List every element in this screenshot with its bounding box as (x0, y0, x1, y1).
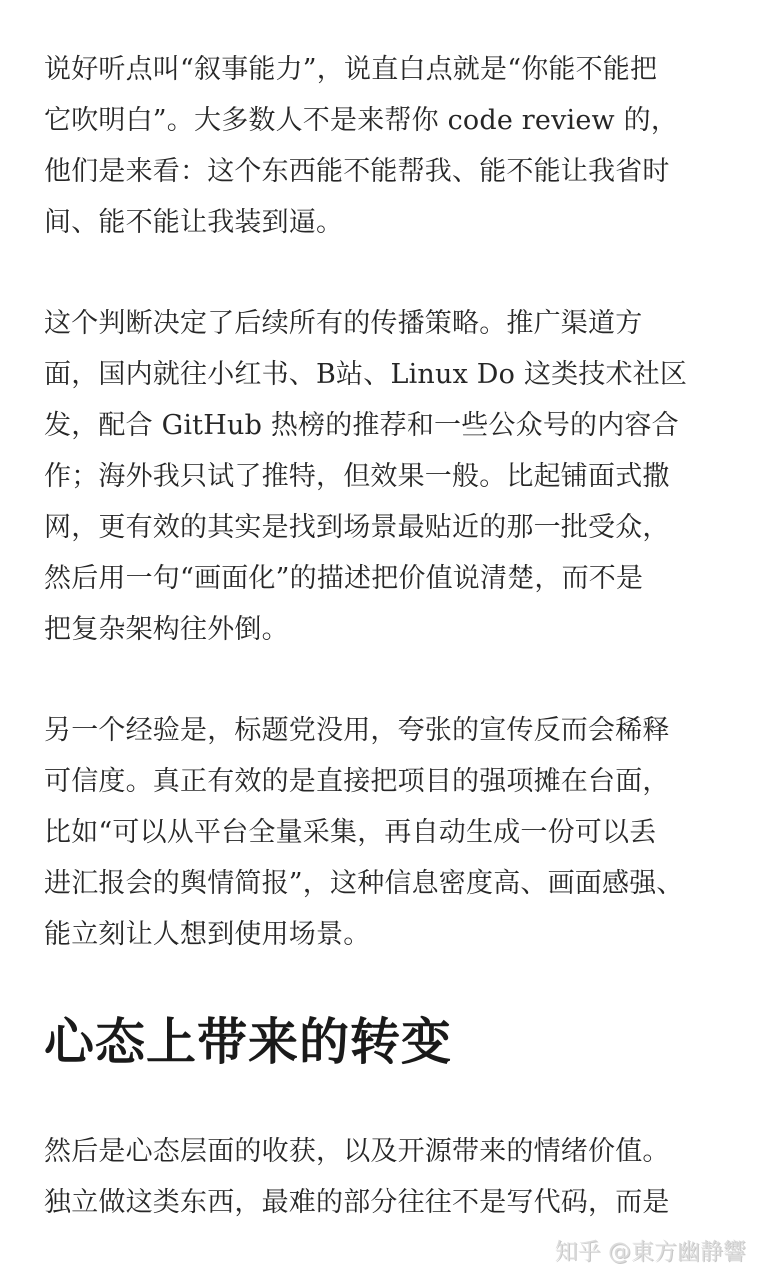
text-line: 作；海外我只试了推特，但效果一般。比起铺面式撒 (44, 451, 734, 502)
article-body: 说好听点叫“叙事能力”，说直白点就是“你能不能把 它吹明白”。大多数人不是来帮你… (44, 44, 734, 1278)
text-line: 另一个经验是，标题党没用，夸张的宣传反而会稀释 (44, 705, 734, 756)
text-line: 发，配合 GitHub 热榜的推荐和一些公众号的内容合 (44, 400, 734, 451)
text-line: 间、能不能让我装到逼。 (44, 197, 734, 248)
text-line: 他们是来看：这个东西能不能帮我、能不能让我省时 (44, 146, 734, 197)
text-line: 可信度。真正有效的是直接把项目的强项摊在台面， (44, 756, 734, 807)
paragraph-promotion-strategy: 这个判断决定了后续所有的传播策略。推广渠道方 面，国内就往小红书、B站、Linu… (44, 298, 734, 655)
zhihu-watermark: 知乎 @東方幽静響 (555, 1233, 746, 1266)
text-line: 比如“可以从平台全量采集，再自动生成一份可以丢 (44, 807, 734, 858)
text-line: 把复杂架构往外倒。 (44, 604, 734, 655)
paragraph-mindset: 然后是心态层面的收获，以及开源带来的情绪价值。 独立做这类东西，最难的部分往往不… (44, 1126, 734, 1228)
text-line: 能立刻让人想到使用场景。 (44, 909, 734, 960)
paragraph-credibility: 另一个经验是，标题党没用，夸张的宣传反而会稀释 可信度。真正有效的是直接把项目的… (44, 705, 734, 960)
text-line: 然后是心态层面的收获，以及开源带来的情绪价值。 (44, 1126, 734, 1177)
text-line: 网，更有效的其实是找到场景最贴近的那一批受众， (44, 502, 734, 553)
section-heading: 心态上带来的转变 (44, 1010, 734, 1074)
text-line: 进汇报会的舆情简报”，这种信息密度高、画面感强、 (44, 858, 734, 909)
text-line: 独立做这类东西，最难的部分往往不是写代码，而是 (44, 1177, 734, 1228)
text-line: 它吹明白”。大多数人不是来帮你 code review 的， (44, 95, 734, 146)
text-line: 这个判断决定了后续所有的传播策略。推广渠道方 (44, 298, 734, 349)
text-line: 说好听点叫“叙事能力”，说直白点就是“你能不能把 (44, 44, 734, 95)
paragraph-storytelling: 说好听点叫“叙事能力”，说直白点就是“你能不能把 它吹明白”。大多数人不是来帮你… (44, 44, 734, 248)
text-line: 然后用一句“画面化”的描述把价值说清楚，而不是 (44, 553, 734, 604)
text-line: 面，国内就往小红书、B站、Linux Do 这类技术社区 (44, 349, 734, 400)
